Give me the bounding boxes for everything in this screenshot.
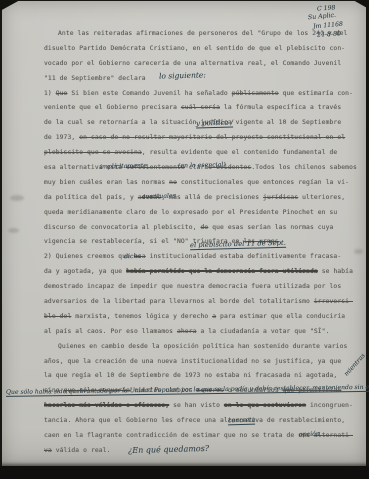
typed-line: la que regía el 10 de Septiembre de 1973… <box>44 369 356 384</box>
struckout-segment: hacerlas más válidas o eficaces, <box>44 402 169 409</box>
typed-segment: veniente que el Gobierno precisara <box>44 104 181 111</box>
typed-line: da y agotada, ya que había permitido que… <box>44 265 356 280</box>
typed-segment: caen en la flagrante contradicción de es… <box>44 432 314 439</box>
typed-line: al país al caos. Por eso llamamos ahora … <box>44 325 356 340</box>
scan-smudge <box>10 195 24 201</box>
typed-segment: la que regía el 10 de Septiembre de 1973… <box>44 372 337 379</box>
struckout-segment: en caso de no resultar mayoritario del p… <box>79 134 345 141</box>
struckout-segment: ahora <box>177 328 197 335</box>
typed-segment: que esas serían las normas cuya <box>208 224 333 231</box>
handwritten-archive-note: Su Aplic. <box>308 12 337 21</box>
typed-line: muy bien cuáles eran las normas no const… <box>44 176 356 191</box>
typed-segment: 1) <box>44 90 56 97</box>
handwritten-insert-opcion: opción <box>299 431 320 439</box>
handwritten-insert-lo-siguiente: lo siguiente: <box>159 70 206 80</box>
torn-corner-top-left <box>0 0 20 11</box>
typed-line: plebiscito que se avecina, resulta evide… <box>44 146 356 161</box>
typed-segment: da política del país, y <box>44 194 138 201</box>
handwritten-insert-eventuales: eventuales <box>142 193 176 201</box>
typed-segment: muy bien cuáles eran las normas <box>44 179 169 186</box>
typed-line: tancia. Ahora que el Gobierno les ofrece… <box>44 414 356 429</box>
typed-segment: adversarios de la libertad para llevarno… <box>44 298 314 305</box>
typed-line: Quienes en cambio desde la oposición pol… <box>44 340 356 355</box>
struckout-segment: plebiscito que se avecina <box>44 149 142 156</box>
typed-line: disuelto Partido Demócrata Cristiano, en… <box>44 42 356 57</box>
typed-segment: .Todos los chilenos sabemos <box>251 164 357 171</box>
typed-line: 1) Que Si bien este Comando Juvenil ha s… <box>44 87 356 102</box>
typed-line: vocado por el Gobierno carecería de una … <box>44 57 356 72</box>
typed-segment: válida o real. <box>52 447 111 454</box>
typed-line: ble del marxista, tenemos lógica y derec… <box>44 310 356 325</box>
typed-segment: de 1973, <box>44 134 79 141</box>
typed-segment: queda meridianamente claro de lo expresa… <box>44 209 337 216</box>
struckout-segment: ble del <box>44 313 71 320</box>
typed-line: queda meridianamente claro de lo expresa… <box>44 206 356 221</box>
handwritten-insert-concreta: concreta <box>228 417 256 426</box>
struckout-segment: no <box>169 179 177 186</box>
typed-line: de 1973, en caso de no resultar mayorita… <box>44 131 356 146</box>
typed-segment: se han visto <box>169 402 224 409</box>
typed-segment: al país al caos. Por eso llamamos <box>44 328 177 335</box>
handwritten-insert-dicha: dicha <box>124 253 141 260</box>
struckout-segment: Que <box>56 90 68 97</box>
typed-segment: 2) Quienes creemos que <box>44 253 134 260</box>
typed-segment: , más allá de precisiones <box>161 194 263 201</box>
typed-segment: constitucionales que entonces regían la … <box>177 179 349 186</box>
struckout-segment: públicamente <box>232 90 279 97</box>
typed-segment: se había <box>318 268 353 275</box>
typed-segment: institucionalidad estaba definitivamente… <box>146 253 342 260</box>
scan-smudge <box>8 228 19 233</box>
typed-segment: disuelto Partido Demócrata Cristiano, en… <box>44 45 345 52</box>
typed-segment: discurso de convocatoria al plebiscito, <box>44 224 200 231</box>
typed-segment: la fórmula específica a través <box>220 104 341 111</box>
scan-bottom-edge <box>0 466 369 479</box>
struckout-segment: había permitido que la democracia fuera … <box>126 268 318 275</box>
scan-smudge <box>354 249 363 254</box>
typed-segment: Si bien este Comando Juvenil ha señalado <box>67 90 231 97</box>
typed-line: hacerlas más válidas o eficaces, se han … <box>44 399 356 414</box>
typed-segment: marxista, tenemos lógica y derecho <box>71 313 212 320</box>
typed-segment: vocado por el Gobierno carecería de una … <box>44 60 341 67</box>
typed-line: Ante las reiteradas afirmaciones de pers… <box>44 27 356 42</box>
typed-segment: , resulta evidente que el contenido fund… <box>142 149 338 156</box>
typed-segment: a la ciudadanía a votar que "SÍ". <box>197 328 330 335</box>
struckout-segment: jurídicas <box>263 194 298 201</box>
handwritten-insert-en-lo-esencial: (en lo esencial) <box>178 161 226 169</box>
struckout-segment: va <box>44 447 52 454</box>
handwritten-insert-implicitamente: implícitamente <box>100 162 147 170</box>
typed-segment: ulteriores, <box>298 194 345 201</box>
typed-segment: de la cual se retornaría a la situación … <box>44 119 341 126</box>
typed-segment: incongruen- <box>306 402 353 409</box>
typed-segment: Quienes en cambio desde la oposición pol… <box>58 343 347 350</box>
typed-line: 2) Quienes creemos que esa institucional… <box>44 250 356 265</box>
struckout-segment: cuál sería <box>181 104 220 111</box>
typed-segment: da y agotada, ya que <box>44 268 126 275</box>
typed-segment: "11 de Septiembre" declara <box>44 75 146 82</box>
struckout-segment: en lo que sostuvieron <box>224 402 306 409</box>
typed-segment: para estimar que ella conduciría <box>216 313 345 320</box>
typed-segment: Ante las reiteradas afirmaciones de pers… <box>58 30 347 37</box>
struckout-segment: irreversi- <box>314 298 353 305</box>
typed-line: adversarios de la libertad para llevarno… <box>44 295 356 310</box>
handwritten-date: 24-8-80 <box>317 30 341 38</box>
typed-segment: demostrado incapaz de impedir que nuestr… <box>44 283 341 290</box>
typed-line: demostrado incapaz de impedir que nuestr… <box>44 280 356 295</box>
typed-segment: que estimaría con- <box>279 90 353 97</box>
handwritten-insert-y-politica: y política / <box>196 119 233 129</box>
document-page: Ante las reiteradas afirmaciones de pers… <box>2 1 366 467</box>
typed-line: veniente que el Gobierno precisara cuál … <box>44 101 356 116</box>
typed-segment: tancia. Ahora que el Gobierno les ofrece… <box>44 417 345 424</box>
typed-line: años, que la creación de una nueva insti… <box>44 355 356 370</box>
typed-segment: años, que la creación de una nueva insti… <box>44 358 341 365</box>
typed-line: discurso de convocatoria al plebiscito, … <box>44 221 356 236</box>
typed-line: da política del país, y además, más allá… <box>44 191 356 206</box>
